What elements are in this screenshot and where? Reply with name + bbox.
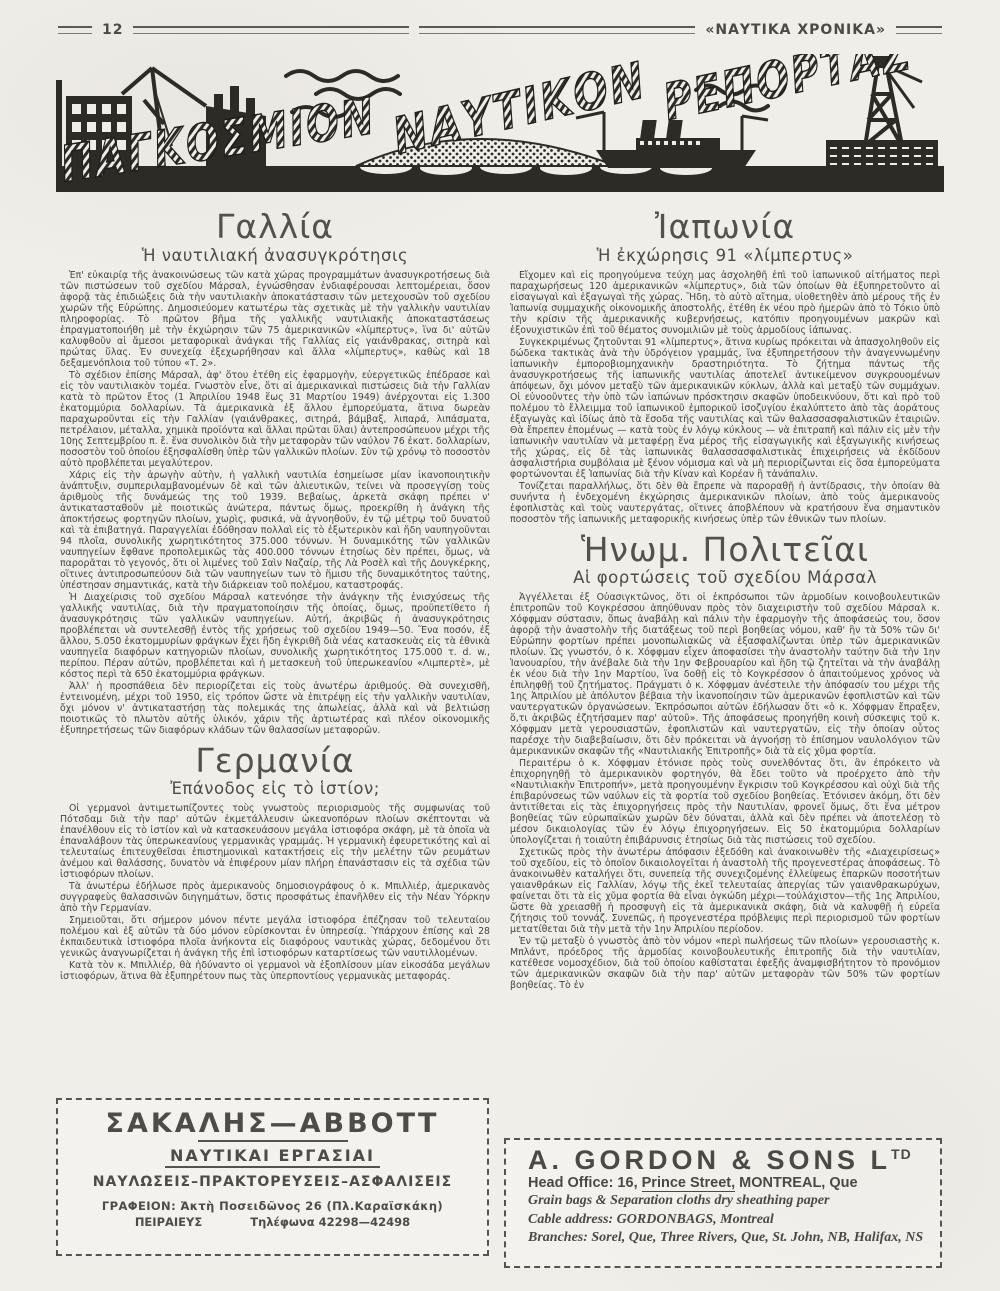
underline-rule	[198, 1140, 348, 1142]
ad-gordon-name: A. GORDON & SONS LTD	[528, 1146, 930, 1174]
right-column: Ἰαπωνία Ἡ ἐκχώρησις 91 «λίμπερτυς» Εἴχομ…	[510, 202, 940, 992]
ad-sakalis-name: ΣΑΚΑΛΗΣ—ΑΒΒΟΤΤ	[76, 1110, 469, 1138]
masthead-title: «ΝΑΥΤΙΚΑ ΧΡΟΝΙΚΑ»	[705, 22, 886, 38]
paragraph: Κατὰ τὸν κ. Μπιλλιέρ, θὰ ἠδύναντο οἱ γερ…	[60, 960, 490, 982]
ad-gordon-products: Grain bags & Separation cloths dry sheat…	[528, 1192, 930, 1210]
ad-sakalis-abbott: ΣΑΚΑΛΗΣ—ΑΒΒΟΤΤ ΝΑΥΤΙΚΑΙ ΕΡΓΑΣΙΑΙ ΝΑΥΛΩΣΕ…	[56, 1098, 489, 1256]
ad-sakalis-services: ΝΑΥΤΙΚΑΙ ΕΡΓΑΣΙΑΙ	[76, 1146, 469, 1165]
ad-gordon-name-sup: TD	[891, 1146, 912, 1162]
paragraph: Ἐπ' εὐκαιρίᾳ τῆς ἀνακοινώσεως τῶν κατὰ χ…	[60, 270, 490, 369]
section-title-france: Γαλλία	[60, 210, 490, 245]
ad-gordon-branches: Branches: Sorel, Que, Three Rivers, Que,…	[528, 1229, 930, 1247]
left-column: Γαλλία Ἡ ναυτιλιακή ἀνασυγκρότησις Ἐπ' ε…	[60, 202, 490, 983]
ad-sakalis-contact-row: ΠΕΙΡΑΙΕΥΣ Τηλέφωνα 42298—42498	[76, 1215, 469, 1229]
ad-sakalis-activities: ΝΑΥΛΩΣΕΙΣ–ΠΡΑΚΤΟΡΕΥΣΕΙΣ–ΑΣΦΑΛΙΣΕΙΣ	[76, 1174, 469, 1190]
paragraph: Χάρις εἰς τὴν ἀρωγὴν αὐτὴν, ἡ γαλλικὴ να…	[60, 470, 490, 591]
page-header: 12 «ΝΑΥΤΙΚΑ ΧΡΟΝΙΚΑ»	[58, 22, 942, 38]
ad-sakalis-office: ΓΡΑΦΕΙΟΝ: Ἀκτὴ Ποσειδῶνος 26 (Πλ.Καραϊσκ…	[76, 1199, 469, 1213]
section-title-germany: Γερμανία	[60, 744, 490, 779]
ad-gordon-ho-pre: Head Office: 16,	[528, 1175, 642, 1191]
section-france: Γαλλία Ἡ ναυτιλιακή ἀνασυγκρότησις Ἐπ' ε…	[60, 210, 490, 736]
header-rule-left	[58, 26, 92, 34]
paragraph: Τονίζεται παραλλήλως, ὅτι δὲν θὰ ἔπρεπε …	[510, 481, 940, 525]
header-rule-mid-1	[133, 26, 409, 34]
section-title-usa: Ἡνωμ. Πολιτεῖαι	[510, 533, 940, 568]
paragraph: Συγκεκριμένως ζητοῦνται 91 «λίμπερτυς», …	[510, 337, 940, 480]
ad-gordon-ho-street: Prince Street,	[642, 1175, 736, 1192]
section-germany: Γερμανία Ἐπάνοδος εἰς τὸ ἱστίον; Οἱ γερμ…	[60, 744, 490, 983]
dock-blocks	[826, 140, 938, 168]
magazine-page: 12 «ΝΑΥΤΙΚΑ ΧΡΟΝΙΚΑ»	[0, 0, 1000, 1291]
page-number: 12	[102, 22, 123, 38]
section-japan: Ἰαπωνία Ἡ ἐκχώρησις 91 «λίμπερτυς» Εἴχομ…	[510, 210, 940, 525]
underline-rule	[165, 1166, 380, 1168]
section-subtitle-usa: Αἱ φορτώσεις τοῦ σχεδίου Μάρσαλ	[510, 568, 940, 587]
ad-gordon-cable: Cable address: GORDONBAGS, Montreal	[528, 1211, 930, 1229]
paragraph: Οἱ γερμανοὶ ἀντιμετωπίζοντες τοὺς γνωστο…	[60, 803, 490, 880]
paragraph: Σχετικῶς πρὸς τὴν ἀνωτέρω ἀπόφασιν ἐξεδό…	[510, 847, 940, 935]
paragraph: Τὸ σχέδιον ἐπίσης Μάρσαλ, ἀφ' ὅτου ἐτέθη…	[60, 370, 490, 469]
ad-gordon-sons: A. GORDON & SONS LTD Head Office: 16, Pr…	[504, 1138, 942, 1268]
section-subtitle-germany: Ἐπάνοδος εἰς τὸ ἱστίον;	[60, 779, 490, 798]
paragraph: Ἀλλ' ἡ προσπάθεια δὲν περιορίζεται εἰς τ…	[60, 681, 490, 736]
section-usa: Ἡνωμ. Πολιτεῖαι Αἱ φορτώσεις τοῦ σχεδίου…	[510, 533, 940, 992]
ad-gordon-ho-city: MONTREAL, Que	[735, 1175, 857, 1191]
banner-illustration: ΠΑΓΚΟΣΜΙΟΝ ΝΑΥΤΙΚΟΝ ΡΕΠΟΡΤΑΖ	[56, 54, 944, 194]
ad-sakalis-phones: Τηλέφωνα 42298—42498	[250, 1215, 410, 1229]
ad-gordon-head-office: Head Office: 16, Prince Street, MONTREAL…	[528, 1175, 930, 1191]
paragraph: Ἀγγέλλεται ἐξ Οὐασιγκτῶνος, ὅτι οἱ ἐκπρό…	[510, 592, 940, 757]
section-subtitle-france: Ἡ ναυτιλιακή ἀνασυγκρότησις	[60, 246, 490, 265]
paragraph: Περαιτέρω ὁ κ. Χόφφμαν ἐτόνισε πρὸς τοὺς…	[510, 758, 940, 846]
header-rule-mid-2	[419, 26, 695, 34]
paragraph: Σημειοῦται, ὅτι σήμερον μόνον πέντε μεγά…	[60, 915, 490, 959]
section-title-japan: Ἰαπωνία	[510, 210, 940, 245]
paragraph: Τὰ ἀνωτέρω ἐδήλωσε πρὸς ἀμερικανοὺς δημο…	[60, 881, 490, 914]
ad-gordon-name-text: A. GORDON & SONS L	[528, 1145, 891, 1175]
paragraph: Ἡ Διαχείρισις τοῦ σχεδίου Μάρσαλ κατενόη…	[60, 592, 490, 680]
section-subtitle-japan: Ἡ ἐκχώρησις 91 «λίμπερτυς»	[510, 246, 940, 265]
paragraph: Ἐν τῷ μεταξὺ ὁ γνωστὸς ἀπὸ τὸν νόμον «πε…	[510, 936, 940, 991]
paragraph: Εἴχομεν καὶ εἰς προηγούμενα τεύχη μας ἀσ…	[510, 270, 940, 336]
header-rule-right	[896, 26, 942, 34]
ad-sakalis-city: ΠΕΙΡΑΙΕΥΣ	[135, 1215, 202, 1229]
